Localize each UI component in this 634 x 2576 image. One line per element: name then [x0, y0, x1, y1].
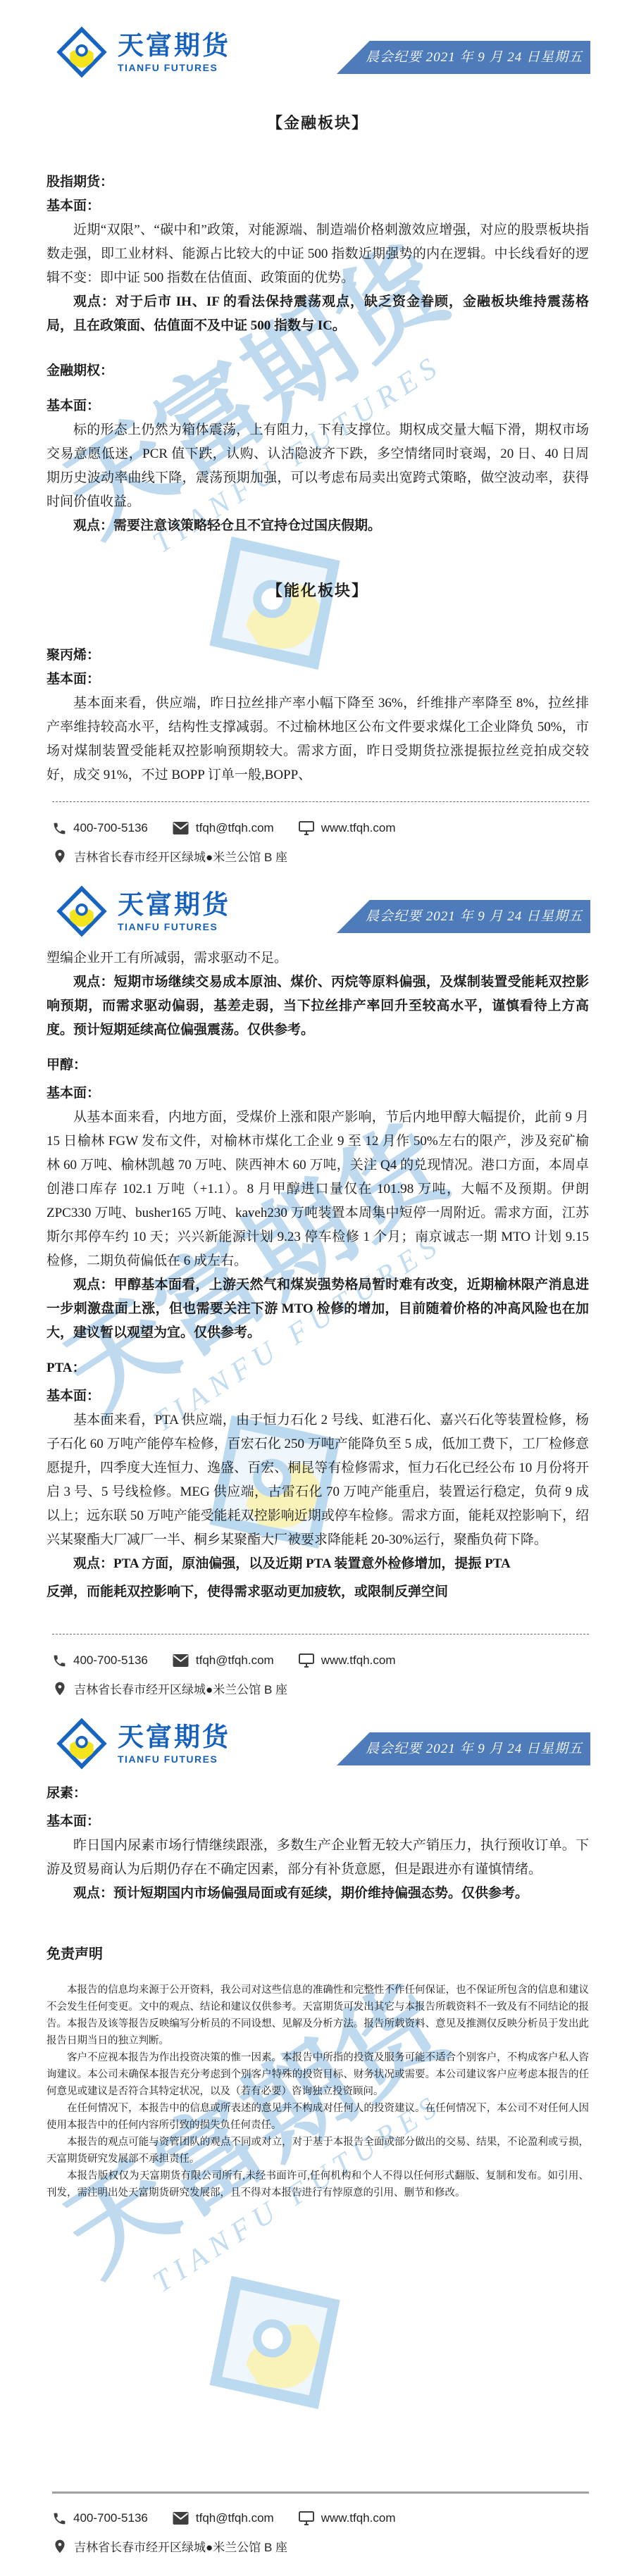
- brand-name-en: TIANFU FUTURES: [118, 63, 230, 73]
- email-icon: [172, 821, 189, 835]
- footer-email-text: tfqh@tfqh.com: [196, 821, 274, 835]
- paragraph-pp-fundamentals: 基本面来看，供应端，昨日拉丝排产率小幅下降至 36%，纤维排产率降至 8%，拉丝…: [46, 692, 589, 787]
- page-header: 天富期货 TIANFU FUTURES 晨会纪要 2021 年 9 月 24 日…: [0, 0, 634, 79]
- website-icon: [298, 2511, 315, 2526]
- footer-website-text: www.tfqh.com: [321, 2511, 396, 2525]
- disclaimer-title: 免责声明: [46, 1942, 589, 1966]
- footer-contact-row: 400-700-5136 tfqh@tfqh.com www.tfqh.com: [52, 1653, 589, 1668]
- page-header: 天富期货 TIANFU FUTURES 晨会纪要 2021 年 9 月 24 日…: [0, 1711, 634, 1770]
- page-2-content: 塑编企业开工有所减弱，需求驱动不足。 观点：短期市场继续交易成本原油、煤价、丙烷…: [0, 946, 634, 1604]
- footer-phone-number: 400-700-5136: [73, 2511, 148, 2525]
- disclaimer-paragraph-1: 本报告的信息均来源于公开资料，我公司对这些信息的准确性和完整性不作任何保证，也不…: [46, 1982, 589, 2049]
- email-icon: [172, 1653, 189, 1668]
- date-banner-text: 晨会纪要 2021 年 9 月 24 日星期五: [337, 1732, 590, 1765]
- footer-address: 吉林省长春市经开区绿城●米兰公馆 B 座: [52, 2537, 287, 2555]
- label-fundamentals-gzqh: 基本面：: [46, 194, 589, 218]
- label-fundamentals-pta: 基本面：: [46, 1384, 589, 1408]
- brand-name-en: TIANFU FUTURES: [118, 922, 230, 932]
- footer-address-row: 吉林省长春市经开区绿城●米兰公馆 B 座: [52, 847, 589, 865]
- paragraph-pta-opinion-line1: 观点：PTA 方面，原油偏强，以及近期 PTA 装置意外检修增加，提振 PTA: [46, 1552, 589, 1576]
- heading-pta: PTA：: [46, 1356, 589, 1380]
- label-fundamentals-jrqq: 基本面：: [46, 394, 589, 418]
- brand-name-en: TIANFU FUTURES: [118, 1754, 230, 1764]
- footer-website: www.tfqh.com: [298, 1653, 396, 1668]
- footer-separator: [52, 1634, 589, 1634]
- footer-address-text: 吉林省长春市经开区绿城●米兰公馆 B 座: [74, 1680, 287, 1697]
- footer-website-text: www.tfqh.com: [321, 1653, 396, 1668]
- heading-stock-index-futures: 股指期货：: [46, 170, 589, 194]
- footer-address: 吉林省长春市经开区绿城●米兰公馆 B 座: [52, 1680, 287, 1697]
- page-1-content: 【金融板块】 股指期货： 基本面： 近期“双限”、“碳中和”政策，对能源端、制造…: [0, 79, 634, 787]
- heading-urea: 尿素：: [46, 1782, 589, 1806]
- paragraph-jrqq-fundamentals: 标的形态上仍然为箱体震荡，上有阻力，下有支撑位。期权成交量大幅下滑，期权市场交易…: [46, 418, 589, 514]
- paragraph-gzqh-opinion: 观点：对于后市 IH、IF 的看法保持震荡观点，缺乏资金眷顾，金融板块维持震荡格…: [46, 290, 589, 338]
- page-1: 天富期货 TIANFU FUTURES 天富期货: [0, 0, 634, 879]
- date-banner-text: 晨会纪要 2021 年 9 月 24 日星期五: [337, 41, 590, 74]
- footer-phone: 400-700-5136: [52, 2511, 148, 2526]
- heading-methanol: 甲醇：: [46, 1053, 589, 1077]
- brand-name-cn: 天富期货: [118, 892, 230, 918]
- label-fundamentals-jc: 基本面：: [46, 1082, 589, 1106]
- paragraph-pta-fundamentals: 基本面来看，PTA 供应端，由于恒力石化 2 号线、虹港石化、嘉兴石化等装置检修…: [46, 1408, 589, 1552]
- disclaimer-paragraph-4: 本报告的观点可能与资管团队的观点不同或对立，对于基于本报告全面或部分做出的交易、…: [46, 2134, 589, 2168]
- page-footer: 400-700-5136 tfqh@tfqh.com www.tfqh.com: [0, 1634, 634, 1711]
- footer-phone-number: 400-700-5136: [73, 821, 148, 835]
- brand-name-cn: 天富期货: [118, 32, 230, 58]
- footer-phone: 400-700-5136: [52, 821, 148, 836]
- paragraph-gzqh-fundamentals: 近期“双限”、“碳中和”政策，对能源端、制造端价格刺激效应增强，对应的股票板块指…: [46, 218, 589, 290]
- paragraph-pta-opinion-line2: 反弹，而能耗双控影响下，使得需求驱动更加疲软，或限制反弹空间: [46, 1580, 589, 1604]
- paragraph-ns-opinion: 观点：预计短期国内市场偏强局面或有延续，期价维持偏强态势。仅供参考。: [46, 1882, 589, 1906]
- footer-website: www.tfqh.com: [298, 2511, 396, 2526]
- tianfu-diamond-logo-icon: [55, 884, 108, 938]
- paragraph-ns-fundamentals: 昨日国内尿素市场行情继续跟涨，多数生产企业暂无较大产销压力，执行预收订单。下游及…: [46, 1834, 589, 1882]
- footer-address-text: 吉林省长春市经开区绿城●米兰公馆 B 座: [74, 2537, 287, 2555]
- phone-icon: [52, 821, 67, 836]
- location-pin-icon: [52, 2538, 68, 2555]
- paragraph-jc-fundamentals: 从基本面来看，内地方面，受煤价上涨和限产影响，节后内地甲醇大幅提价，此前 9 月…: [46, 1106, 589, 1273]
- website-icon: [298, 820, 315, 836]
- footer-contact-row: 400-700-5136 tfqh@tfqh.com www.tfqh.com: [52, 2511, 589, 2526]
- paragraph-jc-opinion: 观点：甲醇基本面看，上游天然气和煤炭强势格局暂时难有改变，近期榆林限产消息进一步…: [46, 1273, 589, 1345]
- footer-address: 吉林省长春市经开区绿城●米兰公馆 B 座: [52, 847, 287, 865]
- footer-email: tfqh@tfqh.com: [172, 1653, 274, 1668]
- footer-website: www.tfqh.com: [298, 820, 396, 836]
- page-3: 天富期货 TIANFU FUTURES 天富期货: [0, 1711, 634, 2576]
- label-fundamentals-pp: 基本面：: [46, 668, 589, 692]
- brand-logo: 天富期货 TIANFU FUTURES: [55, 1717, 230, 1770]
- brand-name-cn: 天富期货: [118, 1724, 230, 1750]
- page-footer: 400-700-5136 tfqh@tfqh.com www.tfqh.com: [0, 801, 634, 879]
- website-icon: [298, 1653, 315, 1668]
- date-banner: 晨会纪要 2021 年 9 月 24 日星期五: [337, 1732, 590, 1765]
- paragraph-jrqq-opinion: 观点：需要注意该策略轻仓且不宜持仓过国庆假期。: [46, 514, 589, 538]
- date-banner: 晨会纪要 2021 年 9 月 24 日星期五: [337, 41, 590, 74]
- tianfu-diamond-watermark-icon: [161, 2228, 392, 2460]
- tianfu-diamond-logo-icon: [55, 1717, 108, 1770]
- footer-phone-number: 400-700-5136: [73, 1653, 148, 1668]
- phone-icon: [52, 1653, 67, 1668]
- heading-polypropylene: 聚丙烯：: [46, 644, 589, 668]
- page-header: 天富期货 TIANFU FUTURES 晨会纪要 2021 年 9 月 24 日…: [0, 879, 634, 938]
- date-banner: 晨会纪要 2021 年 9 月 24 日星期五: [337, 900, 590, 933]
- footer-separator: [52, 2491, 589, 2494]
- footer-contact-row: 400-700-5136 tfqh@tfqh.com www.tfqh.com: [52, 820, 589, 836]
- tianfu-diamond-logo-icon: [55, 25, 108, 79]
- heading-financial-options: 金融期权：: [46, 359, 589, 383]
- footer-phone: 400-700-5136: [52, 1653, 148, 1668]
- disclaimer-paragraph-3: 在任何情况下，本报告中的信息或所表述的意见并不构成对任何人的投资建议。在任何情况…: [46, 2100, 589, 2134]
- footer-address-text: 吉林省长春市经开区绿城●米兰公馆 B 座: [74, 847, 287, 865]
- page-footer: 400-700-5136 tfqh@tfqh.com www.tfqh.com: [0, 2491, 634, 2576]
- disclaimer-paragraph-2: 客户不应视本报告为作出投资决策的惟一因素。本报告中所指的投资及服务可能不适合个别…: [46, 2049, 589, 2100]
- location-pin-icon: [52, 848, 68, 865]
- disclaimer-paragraph-5: 本报告版权仅为天富期货有限公司所有,未经书面许可,任何机构和个人不得以任何形式翻…: [46, 2168, 589, 2201]
- email-icon: [172, 2511, 189, 2525]
- date-banner-text: 晨会纪要 2021 年 9 月 24 日星期五: [337, 900, 590, 933]
- section-title-energy: 【能化板块】: [46, 579, 589, 603]
- footer-email-text: tfqh@tfqh.com: [196, 1653, 274, 1668]
- footer-website-text: www.tfqh.com: [321, 821, 396, 835]
- phone-icon: [52, 2511, 67, 2526]
- footer-email-text: tfqh@tfqh.com: [196, 2511, 274, 2525]
- brand-logo: 天富期货 TIANFU FUTURES: [55, 25, 230, 79]
- page-3-content: 尿素： 基本面： 昨日国内尿素市场行情继续跟涨，多数生产企业暂无较大产销压力，执…: [0, 1782, 634, 2201]
- brand-logo: 天富期货 TIANFU FUTURES: [55, 884, 230, 938]
- footer-separator: [52, 801, 589, 802]
- section-title-finance: 【金融板块】: [46, 111, 589, 135]
- footer-address-row: 吉林省长春市经开区绿城●米兰公馆 B 座: [52, 1680, 589, 1697]
- location-pin-icon: [52, 1680, 68, 1697]
- footer-address-row: 吉林省长春市经开区绿城●米兰公馆 B 座: [52, 2537, 589, 2555]
- paragraph-pp-opinion: 观点：短期市场继续交易成本原油、煤价、丙烷等原料偏强，及煤制装置受能耗双控影响预…: [46, 970, 589, 1042]
- footer-email: tfqh@tfqh.com: [172, 2511, 274, 2525]
- footer-email: tfqh@tfqh.com: [172, 821, 274, 835]
- label-fundamentals-ns: 基本面：: [46, 1810, 589, 1834]
- page-2: 天富期货 TIANFU FUTURES 天富期货: [0, 879, 634, 1711]
- paragraph-pp-continuation: 塑编企业开工有所减弱，需求驱动不足。: [46, 946, 589, 970]
